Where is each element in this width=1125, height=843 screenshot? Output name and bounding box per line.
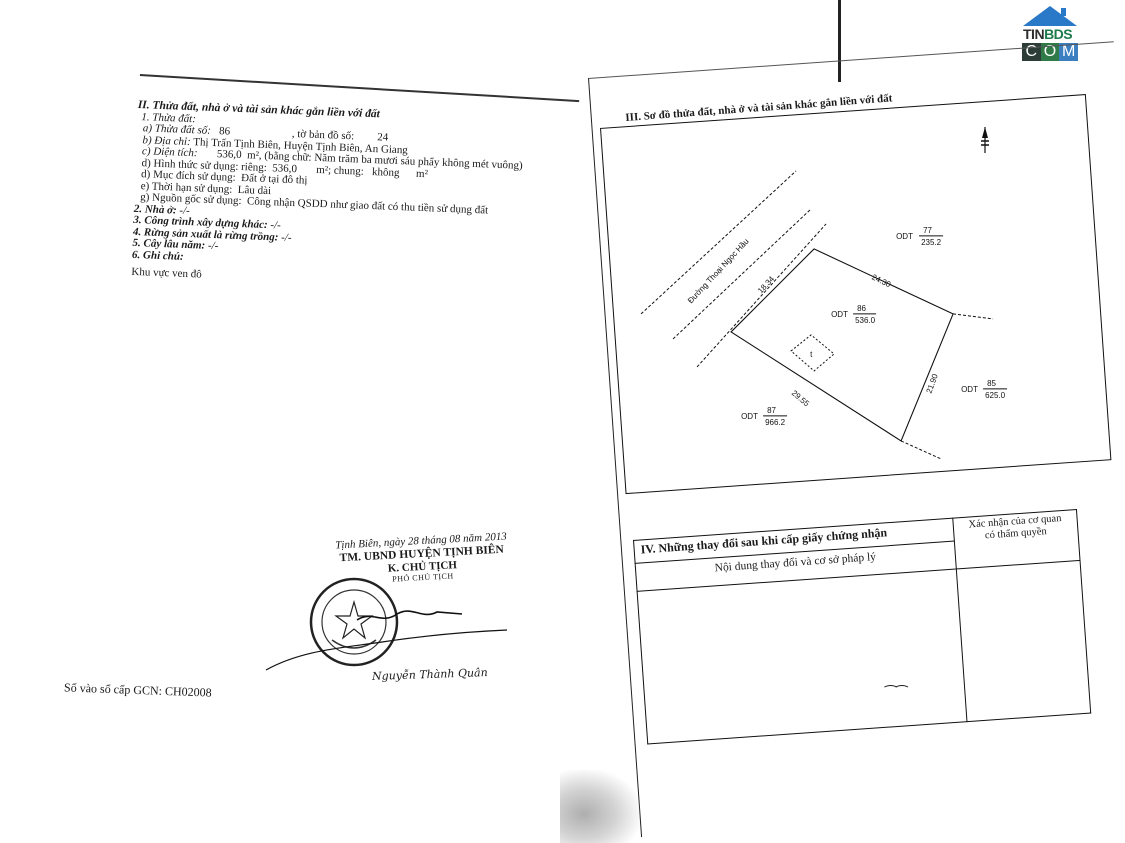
road-name: Đường Thoại Ngọc Hầu	[686, 237, 751, 305]
svg-text:966.2: 966.2	[765, 418, 786, 427]
confirmation-cell	[956, 560, 1091, 721]
parcel-label-77: ODT 77 235.2	[896, 226, 943, 247]
svg-text:87: 87	[767, 406, 776, 415]
svg-text:536.0: 536.0	[855, 316, 876, 325]
edge-label: 29.55	[790, 389, 812, 409]
svg-text:ODT: ODT	[741, 412, 758, 421]
logo-text-top: TINBDS	[1023, 27, 1077, 42]
svg-text:ODT: ODT	[896, 232, 913, 241]
left-page: II. Thửa đất, nhà ở và tài sản khác gắn …	[0, 0, 600, 843]
parcel-label-86: ODT 86 536.0	[831, 304, 876, 325]
section-2: II. Thửa đất, nhà ở và tài sản khác gắn …	[131, 100, 588, 296]
top-rule	[140, 74, 579, 102]
svg-text:t: t	[810, 350, 813, 359]
scan-smudge	[560, 770, 640, 843]
seal-icon	[311, 579, 397, 665]
svg-text:ODT: ODT	[961, 385, 978, 394]
svg-text:85: 85	[987, 379, 996, 388]
parcel-map: Đường Thoại Ngọc Hầu t 18.34 24.30 21.90…	[600, 94, 1111, 494]
parcel-label-85: ODT 85 625.0	[961, 379, 1007, 400]
parcel-map-drawing: Đường Thoại Ngọc Hầu t 18.34 24.30 21.90…	[601, 95, 1110, 493]
changes-content-cell	[637, 569, 967, 744]
svg-text:86: 86	[857, 304, 866, 313]
official-seal-and-signature	[262, 570, 512, 680]
house-roof-icon	[1021, 5, 1079, 27]
edge-label: 18.34	[756, 274, 777, 295]
svg-text:625.0: 625.0	[985, 391, 1006, 400]
north-arrow-icon	[978, 126, 992, 154]
svg-text:ODT: ODT	[831, 310, 848, 319]
map-sheet-no: 24	[377, 131, 388, 143]
registry-number: Số vào sổ cấp GCN: CH02008	[64, 680, 212, 700]
col-confirmation-header: Xác nhận của cơ quan có thẩm quyền	[952, 509, 1080, 569]
parcel-label-87: ODT 87 966.2	[741, 406, 787, 427]
signer-name: Nguyễn Thành Quân	[372, 666, 488, 683]
svg-text:235.2: 235.2	[921, 238, 942, 247]
ink-mark: ⁀⁀	[885, 686, 908, 703]
svg-text:77: 77	[923, 226, 932, 235]
changes-table: IV. Những thay đổi sau khi cấp giấy chứn…	[633, 509, 1091, 745]
edge-label: 21.90	[924, 372, 939, 394]
edge-label: 24.30	[870, 273, 892, 290]
